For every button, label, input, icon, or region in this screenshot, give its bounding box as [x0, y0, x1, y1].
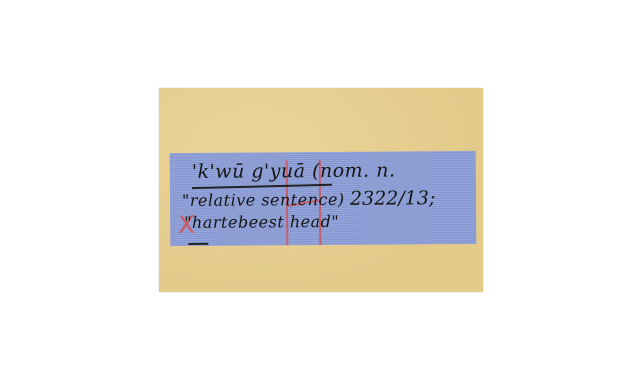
handwritten-line-3: "hartebeest head" [184, 212, 339, 232]
ink-dash [188, 243, 208, 245]
handwritten-line-2: "relative sentence) [182, 190, 345, 210]
blue-paper-slip: 'k'wū g'yuā (nom. n. "relative sentence)… [170, 151, 477, 246]
ink-underline [192, 184, 332, 189]
reference-number: 2322/13; [350, 187, 435, 210]
handwritten-line-1: 'k'wū g'yuā (nom. n. [192, 159, 396, 182]
